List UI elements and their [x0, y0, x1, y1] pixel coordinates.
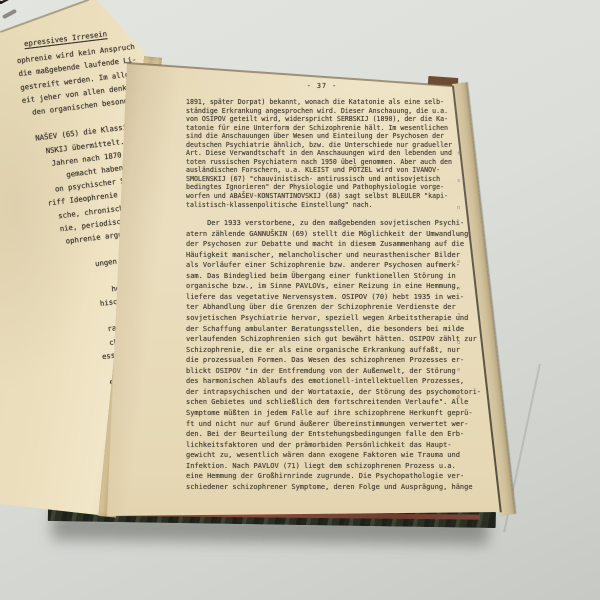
paragraph-1: 1891, später Dorpat) bekannt, wonach die…: [186, 98, 489, 209]
photo-of-open-book: epressives Irresein ophrenie wird kein A…: [0, 0, 600, 600]
page-number: - 37 -: [186, 82, 458, 90]
paragraph-2: Der 1933 verstorbene, zu den maßgebenden…: [186, 218, 489, 492]
left-page-heading: epressives Irresein: [0, 27, 108, 73]
binding-stitch: [0, 0, 9, 4]
right-page-text: - 37 - 1891, später Dorpat) bekannt, won…: [186, 82, 489, 492]
margin-showthrough-marks: t s n s e n 3 u e e n: [457, 141, 469, 438]
background-fleck: [2, 9, 17, 20]
